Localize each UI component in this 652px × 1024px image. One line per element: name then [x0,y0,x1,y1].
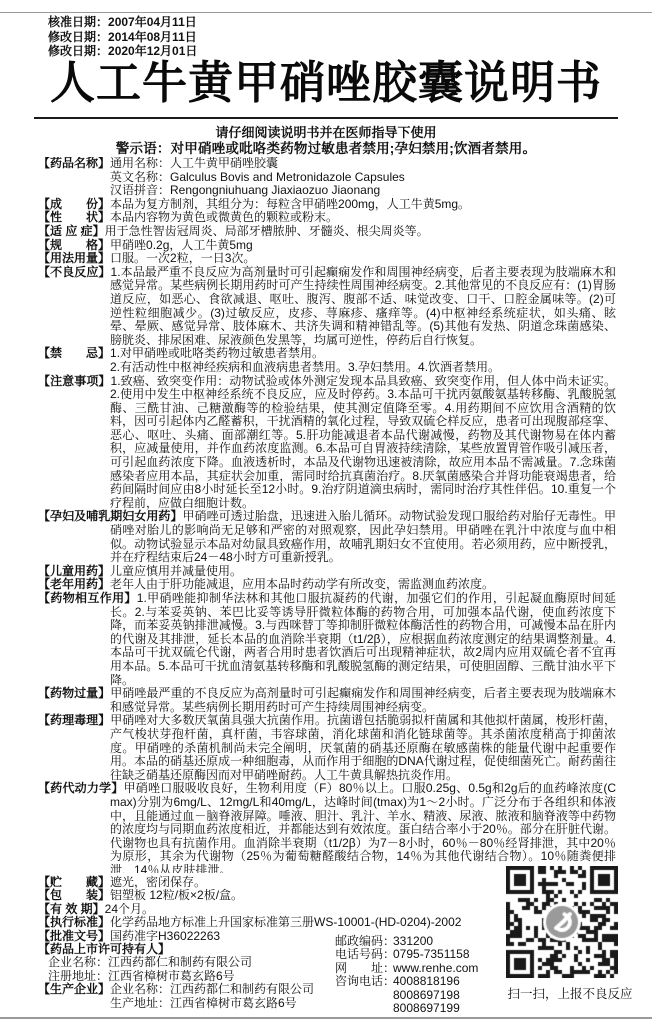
section-label-precautions: 【注意事项】 [38,374,111,388]
bottom-label-validity: 【有 效 期】 [38,902,105,916]
bottom-label-standard: 【执行标准】 [38,915,110,929]
section-label-pediatric: 【儿童用药】 [38,564,110,578]
section-contraindications: 【禁 忌】1.对甲硝唑或吡咯类药物过敏患者禁用。2.有活动性中枢神经疾病和血液病… [38,347,616,374]
top-border-line [0,12,652,13]
section-label-pharmacology: 【药理毒理】 [38,713,110,727]
section-text-drug-name-0: 通用名称：人工牛黄甲硝唑胶囊 [110,157,278,170]
contact-value-2: www.renhe.com [393,961,478,975]
sections-list: 【药品名称】通用名称：人工牛黄甲硝唑胶囊英文名称：Galculus Bovis … [38,157,616,873]
contact-value-4: 8008697198 [393,988,460,1002]
section-geriatric: 【老年用药】老年人由于肝功能减退，应用本品时药动学有所改变，需监测血药浓度。 [38,578,616,592]
contact-block: 邮政编码：331200电话号码：0795-7351158网 址：www.renh… [335,935,478,1015]
section-label-ingredients: 【成 份】 [38,197,110,211]
revision-dates: 核准日期：2007年04月11日 修改日期：2014年08月11日 修改日期：2… [48,15,197,59]
section-text-contraindications-0: 1.对甲硝唑或吡咯类药物过敏患者禁用。 [110,346,324,360]
section-label-pregnancy: 【孕妇及哺乳期妇女用药】 [38,509,183,523]
contact-line-4: 8008697198 [335,989,478,1002]
bottom-text-manufacturer: 企业名称：江西药都仁和制药有限公司 [110,982,314,996]
section-text-drug-name-2: 汉语拼音：Rengongniuhuang Jiaxiaozuo Jiaonang [110,183,380,197]
section-text-strength-0: 甲硝唑0.2g，人工牛黄5mg [110,238,253,252]
section-text-dosage-0: 口服。一次2粒，一日3次。 [110,251,255,265]
contact-value-5: 8008697199 [393,1001,460,1015]
section-dosage: 【用法用量】口服。一次2粒，一日3次。 [38,252,616,266]
bottom-text-manufacturer-address: 生产地址：江西省樟树市葛玄路6号 [110,996,297,1010]
section-drug-name: 【药品名称】通用名称：人工牛黄甲硝唑胶囊英文名称：Galculus Bovis … [38,157,616,198]
section-pharmacokinetics: 【药代动力学】甲硝唑口服吸收良好，生物利用度（F）80％以上。口服0.25g、0… [38,782,616,873]
bottom-block: 【贮 藏】遮光，密闭保存。【包 装】铝塑板 12粒/板×2板/盒。【有 效 期】… [38,876,616,1024]
bottom-text-holder-address: 注册地址：江西省樟树市葛玄路6号 [48,969,235,983]
contact-label-1: 电话号码： [335,948,393,961]
bottom-text-storage: 遮光，密闭保存。 [110,875,206,889]
section-label-contraindications: 【禁 忌】 [38,346,110,360]
section-text-geriatric-0: 老年人由于肝功能减退，应用本品时药动学有所改变，需监测血药浓度。 [110,577,494,591]
warning-statement: 警示语：对甲硝唑或吡咯类药物过敏患者禁用;孕妇禁用;饮酒者禁用。 [0,137,652,157]
section-label-adverse-reactions: 【不良反应】 [38,265,111,279]
revision-date-label-1: 修改日期： [48,30,108,44]
revision-date-row-1: 修改日期：2014年08月11日 [48,30,197,45]
contact-line-3: 咨询电话：4008818196 [335,975,478,988]
section-text-precautions-0: 1.致癌、致突变作用：动物试验或体外测定发现本品具致癌、致突变作用，但人体中尚未… [110,374,616,510]
section-pharmacology: 【药理毒理】甲硝唑对大多数厌氧菌具强大抗菌作用。抗菌谱包括脆弱拟杆菌属和其他拟杆… [38,714,616,782]
section-label-strength: 【规 格】 [38,238,110,252]
bottom-text-approval-number: 国药准字H36022263 [110,929,220,943]
bottom-label-storage: 【贮 藏】 [38,875,110,889]
bottom-text-packaging: 铝塑板 12粒/板×2板/盒。 [110,888,243,902]
section-label-interactions: 【药物相互作用】 [38,591,137,605]
bottom-border-line [0,1017,652,1019]
section-precautions: 【注意事项】1.致癌、致突变作用：动物试验或体外测定发现本品具致癌、致突变作用，… [38,375,616,511]
section-overdose: 【药物过量】甲硝唑最严重的不良反应为高剂量时可引起癫痫发作和周围神经病变，后者主… [38,687,616,714]
section-text-overdose-0: 甲硝唑最严重的不良反应为高剂量时可引起癫痫发作和周围神经病变，后者主要表现为肢端… [110,686,616,714]
section-text-adverse-reactions-0: 1.本品最严重不良反应为高剂量时可引起癫痫发作和周围神经病变，后者主要表现为肢端… [110,265,616,347]
section-text-ingredients-0: 本品为复方制剂，其组分为：每粒含甲硝唑200mg，人工牛黄5mg。 [110,197,470,211]
section-indications: 【适 应 症】用于急性智齿冠周炎、局部牙槽脓肿、牙髓炎、根尖周炎等。 [38,225,616,239]
revision-date-value-1: 2014年08月11日 [108,30,197,44]
section-label-pharmacokinetics: 【药代动力学】 [38,781,124,795]
section-adverse-reactions: 【不良反应】1.本品最严重不良反应为高剂量时可引起癫痫发作和周围神经病变，后者主… [38,266,616,348]
section-interactions: 【药物相互作用】1.甲硝唑能抑制华法林和其他口服抗凝药的代谢，加强它们的作用，引… [38,592,616,687]
contact-value-0: 331200 [393,934,433,948]
title-divider-line [34,117,618,119]
section-text-pregnancy-0: 甲硝唑可透过胎盘，迅速进入胎儿循环。动物试验发现口服给药对胎仔无毒性。甲硝唑对胎… [110,509,616,564]
section-text-indications-0: 用于急性智齿冠周炎、局部牙槽脓肿、牙髓炎、根尖周炎等。 [105,224,429,238]
section-text-drug-name-1: 英文名称：Galculus Bovis and Metronidazole Ca… [110,170,405,184]
qr-caption: 扫一扫，上报不良反应 [490,988,650,1001]
approval-date-label: 核准日期： [48,15,108,29]
contact-value-3: 4008818196 [393,974,460,988]
section-label-geriatric: 【老年用药】 [38,577,110,591]
section-pregnancy: 【孕妇及哺乳期妇女用药】甲硝唑可透过胎盘，迅速进入胎儿循环。动物试验发现口服给药… [38,510,616,564]
bottom-label-approval-number: 【批准文号】 [38,929,110,943]
section-description: 【性 状】本品内容物为黄色或微黄色的颗粒或粉末。 [38,211,616,225]
contact-line-1: 电话号码：0795-7351158 [335,948,478,961]
section-label-drug-name: 【药品名称】 [38,157,110,170]
section-label-description: 【性 状】 [38,210,110,224]
bottom-label-license-holder: 【药品上市许可持有人】 [38,942,170,956]
bottom-text-validity: 24个月。 [105,902,154,916]
section-text-pharmacology-0: 甲硝唑对大多数厌氧菌具强大抗菌作用。抗菌谱包括脆弱拟杆菌属和其他拟杆菌属，梭形杆… [110,713,616,781]
contact-line-5: 8008697199 [335,1002,478,1015]
bottom-label-manufacturer: 【生产企业】 [38,982,110,996]
qr-code [506,866,618,978]
section-text-description-0: 本品内容物为黄色或微黄色的颗粒或粉末。 [110,210,338,224]
section-text-interactions-0: 1.甲硝唑能抑制华法林和其他口服抗凝药的代谢，加强它们的作用，引起凝血酶原时间延… [110,591,616,687]
section-label-dosage: 【用法用量】 [38,251,110,265]
page-title: 人工牛黄甲硝唑胶囊说明书 [0,53,652,113]
contact-label-3: 咨询电话： [335,975,393,988]
approval-date-row: 核准日期：2007年04月11日 [48,15,197,30]
leaflet-page: 核准日期：2007年04月11日 修改日期：2014年08月11日 修改日期：2… [0,0,652,1024]
bottom-text-holder-name: 企业名称：江西药都仁和制药有限公司 [48,955,252,969]
bottom-text-standard: 化学药品地方标准上升国家标准第三册WS-10001-(HD-0204)-2002 [110,915,461,929]
section-text-contraindications-1: 2.有活动性中枢神经疾病和血液病患者禁用。3.孕妇禁用。4.饮酒者禁用。 [110,360,500,374]
approval-date-value: 2007年04月11日 [108,15,197,29]
section-label-overdose: 【药物过量】 [38,686,110,700]
section-text-pharmacokinetics-0: 甲硝唑口服吸收良好，生物利用度（F）80％以上。口服0.25g、0.5g和2g后… [110,781,616,873]
section-label-indications: 【适 应 症】 [38,224,105,238]
section-text-pediatric-0: 儿童应慎用并减量使用。 [110,564,242,578]
contact-value-1: 0795-7351158 [393,947,470,961]
bottom-label-packaging: 【包 装】 [38,888,110,902]
